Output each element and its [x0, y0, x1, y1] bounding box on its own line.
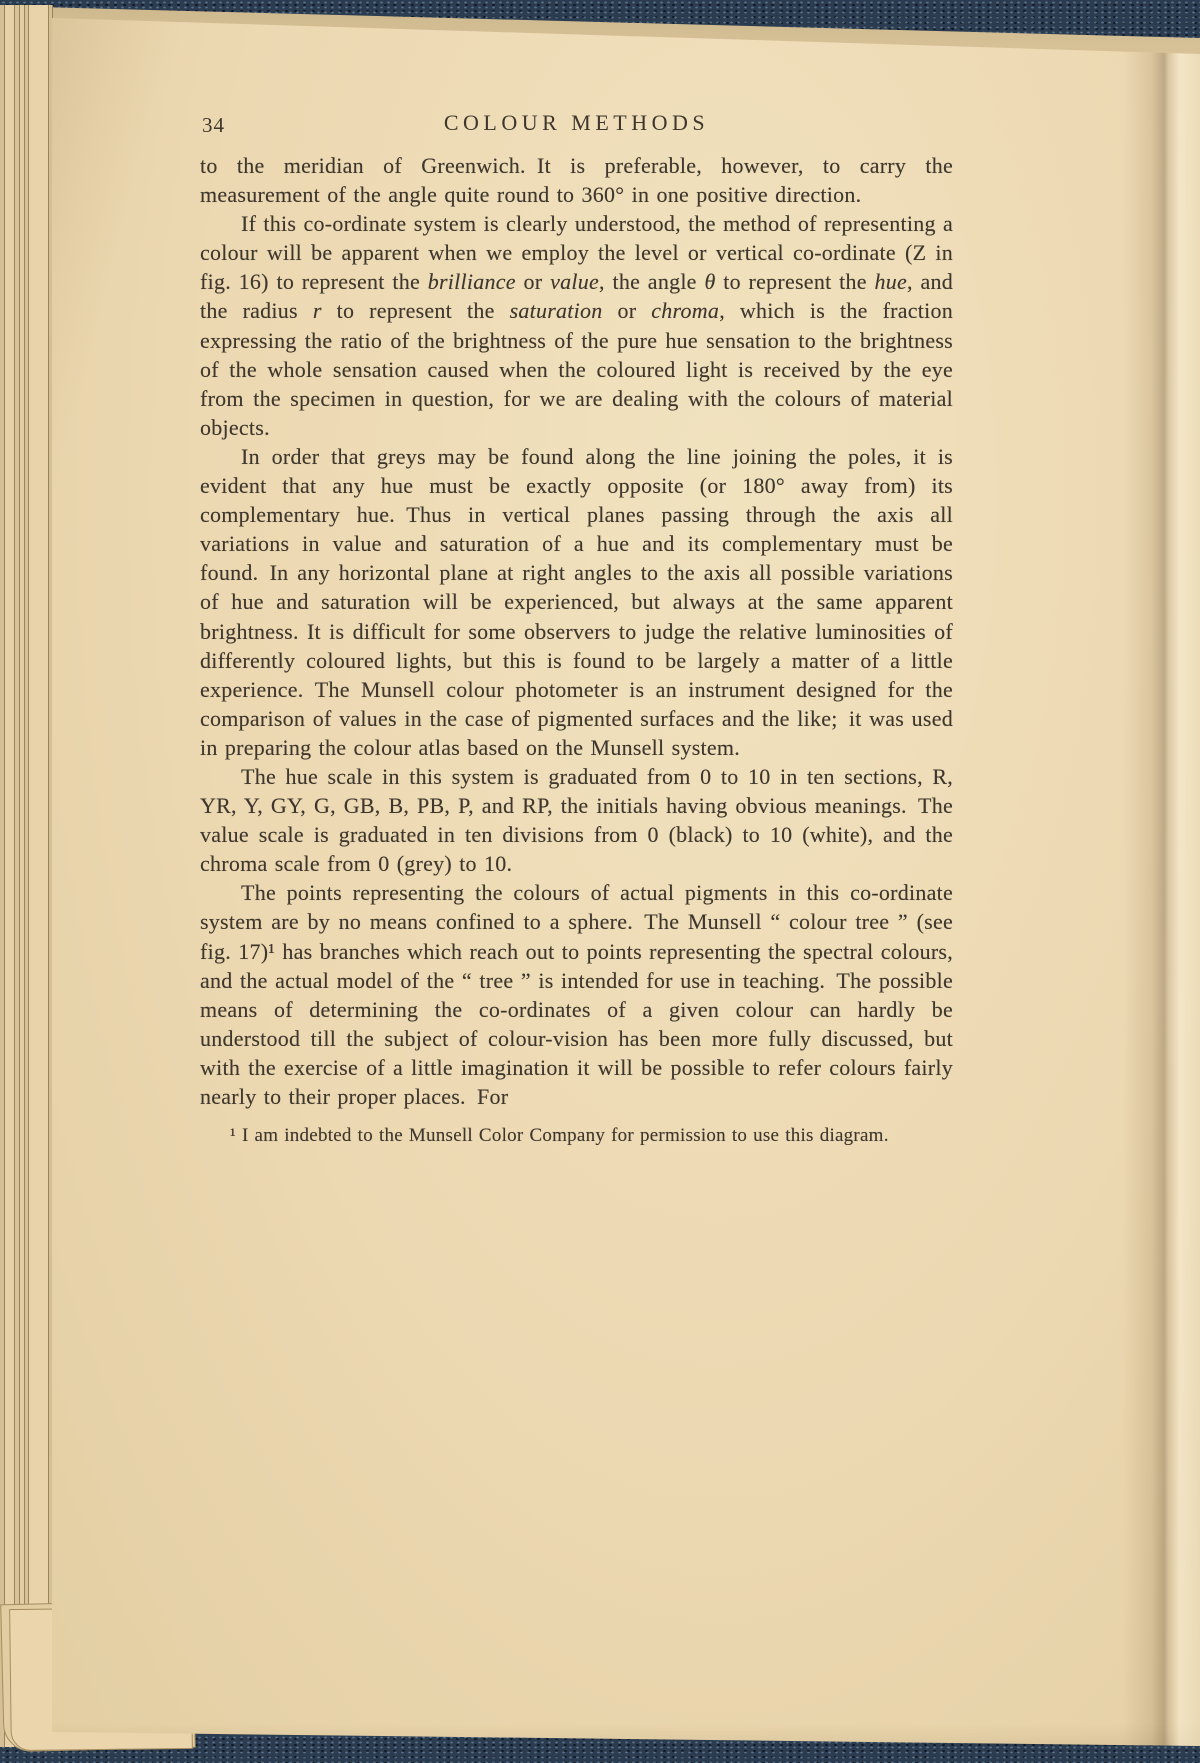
paragraph: The hue scale in this system is graduate…: [200, 762, 953, 878]
body-paragraphs: to the meridian of Greenwich. It is pref…: [200, 151, 953, 1111]
gutter-crease: [1122, 0, 1200, 1763]
paragraph: ¹ I am indebted to the Munsell Color Com…: [200, 1123, 953, 1149]
page-edge: [5, 5, 15, 1747]
page-edge-stack: [0, 5, 52, 1747]
paragraph: If this co-ordinate system is clearly un…: [200, 209, 953, 442]
book-page: 34 COLOUR METHODS to the meridian of Gre…: [52, 0, 1200, 1763]
paragraph: to the meridian of Greenwich. It is pref…: [200, 151, 953, 209]
page-edge: [29, 5, 49, 1747]
paragraph: In order that greys may be found along t…: [200, 442, 953, 762]
page-body: to the meridian of Greenwich. It is pref…: [200, 151, 953, 1149]
page-header-row: 34 COLOUR METHODS: [200, 108, 953, 142]
running-header: COLOUR METHODS: [200, 108, 953, 136]
book-photo: 34 COLOUR METHODS to the meridian of Gre…: [0, 0, 1200, 1763]
page-number: 34: [202, 113, 225, 138]
paragraph: The points representing the colours of a…: [200, 878, 953, 1111]
footnote: ¹ I am indebted to the Munsell Color Com…: [200, 1123, 953, 1149]
